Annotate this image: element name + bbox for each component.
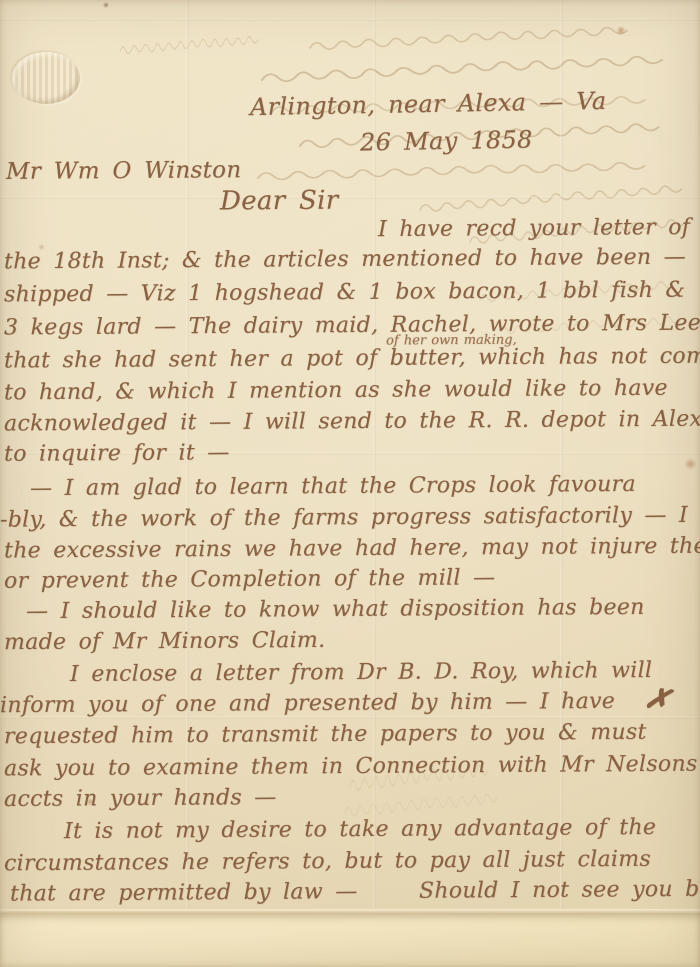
fold-crease-horizontal [0, 18, 700, 21]
foxing-spot [684, 458, 697, 470]
ghost-line [262, 56, 662, 81]
letter-body-line: I enclose a letter from Dr B. D. Roy, wh… [70, 658, 652, 687]
addressee-line: Mr Wm O Winston [6, 157, 242, 185]
ink-strike-mark: ✗ [642, 680, 674, 720]
letter-body-line: the excessive rains we have had here, ma… [4, 533, 700, 563]
letter-body-line: It is not my desire to take any advantag… [64, 815, 656, 844]
letter-body-line: to inquire for it — [4, 440, 230, 467]
letter-body-line: to hand, & which I mention as she would … [4, 376, 668, 406]
letter-body-line: that she had sent her a pot of butter, w… [4, 343, 700, 373]
ghost-line [258, 163, 644, 180]
ghost-line [310, 27, 628, 49]
under-fold-leaf [0, 913, 700, 967]
letter-body-line: made of Mr Minors Claim. [4, 628, 326, 655]
dateline-place: Arlington, near Alexa — Va [250, 87, 607, 121]
letter-body-line: or prevent the Completion of the mill — [4, 565, 495, 593]
letter-body-line: acknowledged it — I will send to the R. … [4, 407, 700, 437]
letter-body-line: ask you to examine them in Connection wi… [4, 752, 698, 782]
dateline-date: 26 May 1858 [360, 125, 533, 156]
fold-crease-horizontal [0, 196, 700, 199]
letter-body-line: — I am glad to learn that the Crops look… [30, 472, 636, 501]
ghost-stamp-smudge [345, 794, 497, 816]
letter-body-line: the 18th Inst; & the articles mentioned … [4, 245, 686, 275]
letter-body-line: requested him to transmit the papers to … [4, 720, 647, 749]
letter-photo: Arlington, near Alexa — Va 26 May 1858 M… [0, 0, 700, 967]
foxing-spot [616, 26, 626, 35]
letter-body-line: that are permitted by law — Should I not… [10, 876, 700, 906]
ghost-line [120, 37, 258, 54]
letter-opening-line: I have recd your letter of [378, 215, 690, 242]
letter-body-line: accts in your hands — [4, 785, 277, 812]
letter-body-line: shipped — Viz 1 hogshead & 1 box bacon, … [4, 278, 685, 308]
embossed-stationery-stamp [12, 52, 80, 104]
letter-body-line: — I should like to know what disposition… [26, 595, 645, 624]
letter-body-line: circumstances he refers to, but to pay a… [4, 847, 651, 877]
letter-body-line: -bly, & the work of the farms progress s… [0, 502, 700, 532]
paper-sheet: Arlington, near Alexa — Va 26 May 1858 M… [0, 0, 700, 967]
ink-speck [103, 2, 109, 8]
letter-body-line: inform you of one and presented by him —… [0, 689, 615, 718]
letter-body-line: 3 kegs lard — The dairy maid, Rachel, wr… [4, 311, 700, 341]
salutation: Dear Sir [220, 186, 339, 217]
